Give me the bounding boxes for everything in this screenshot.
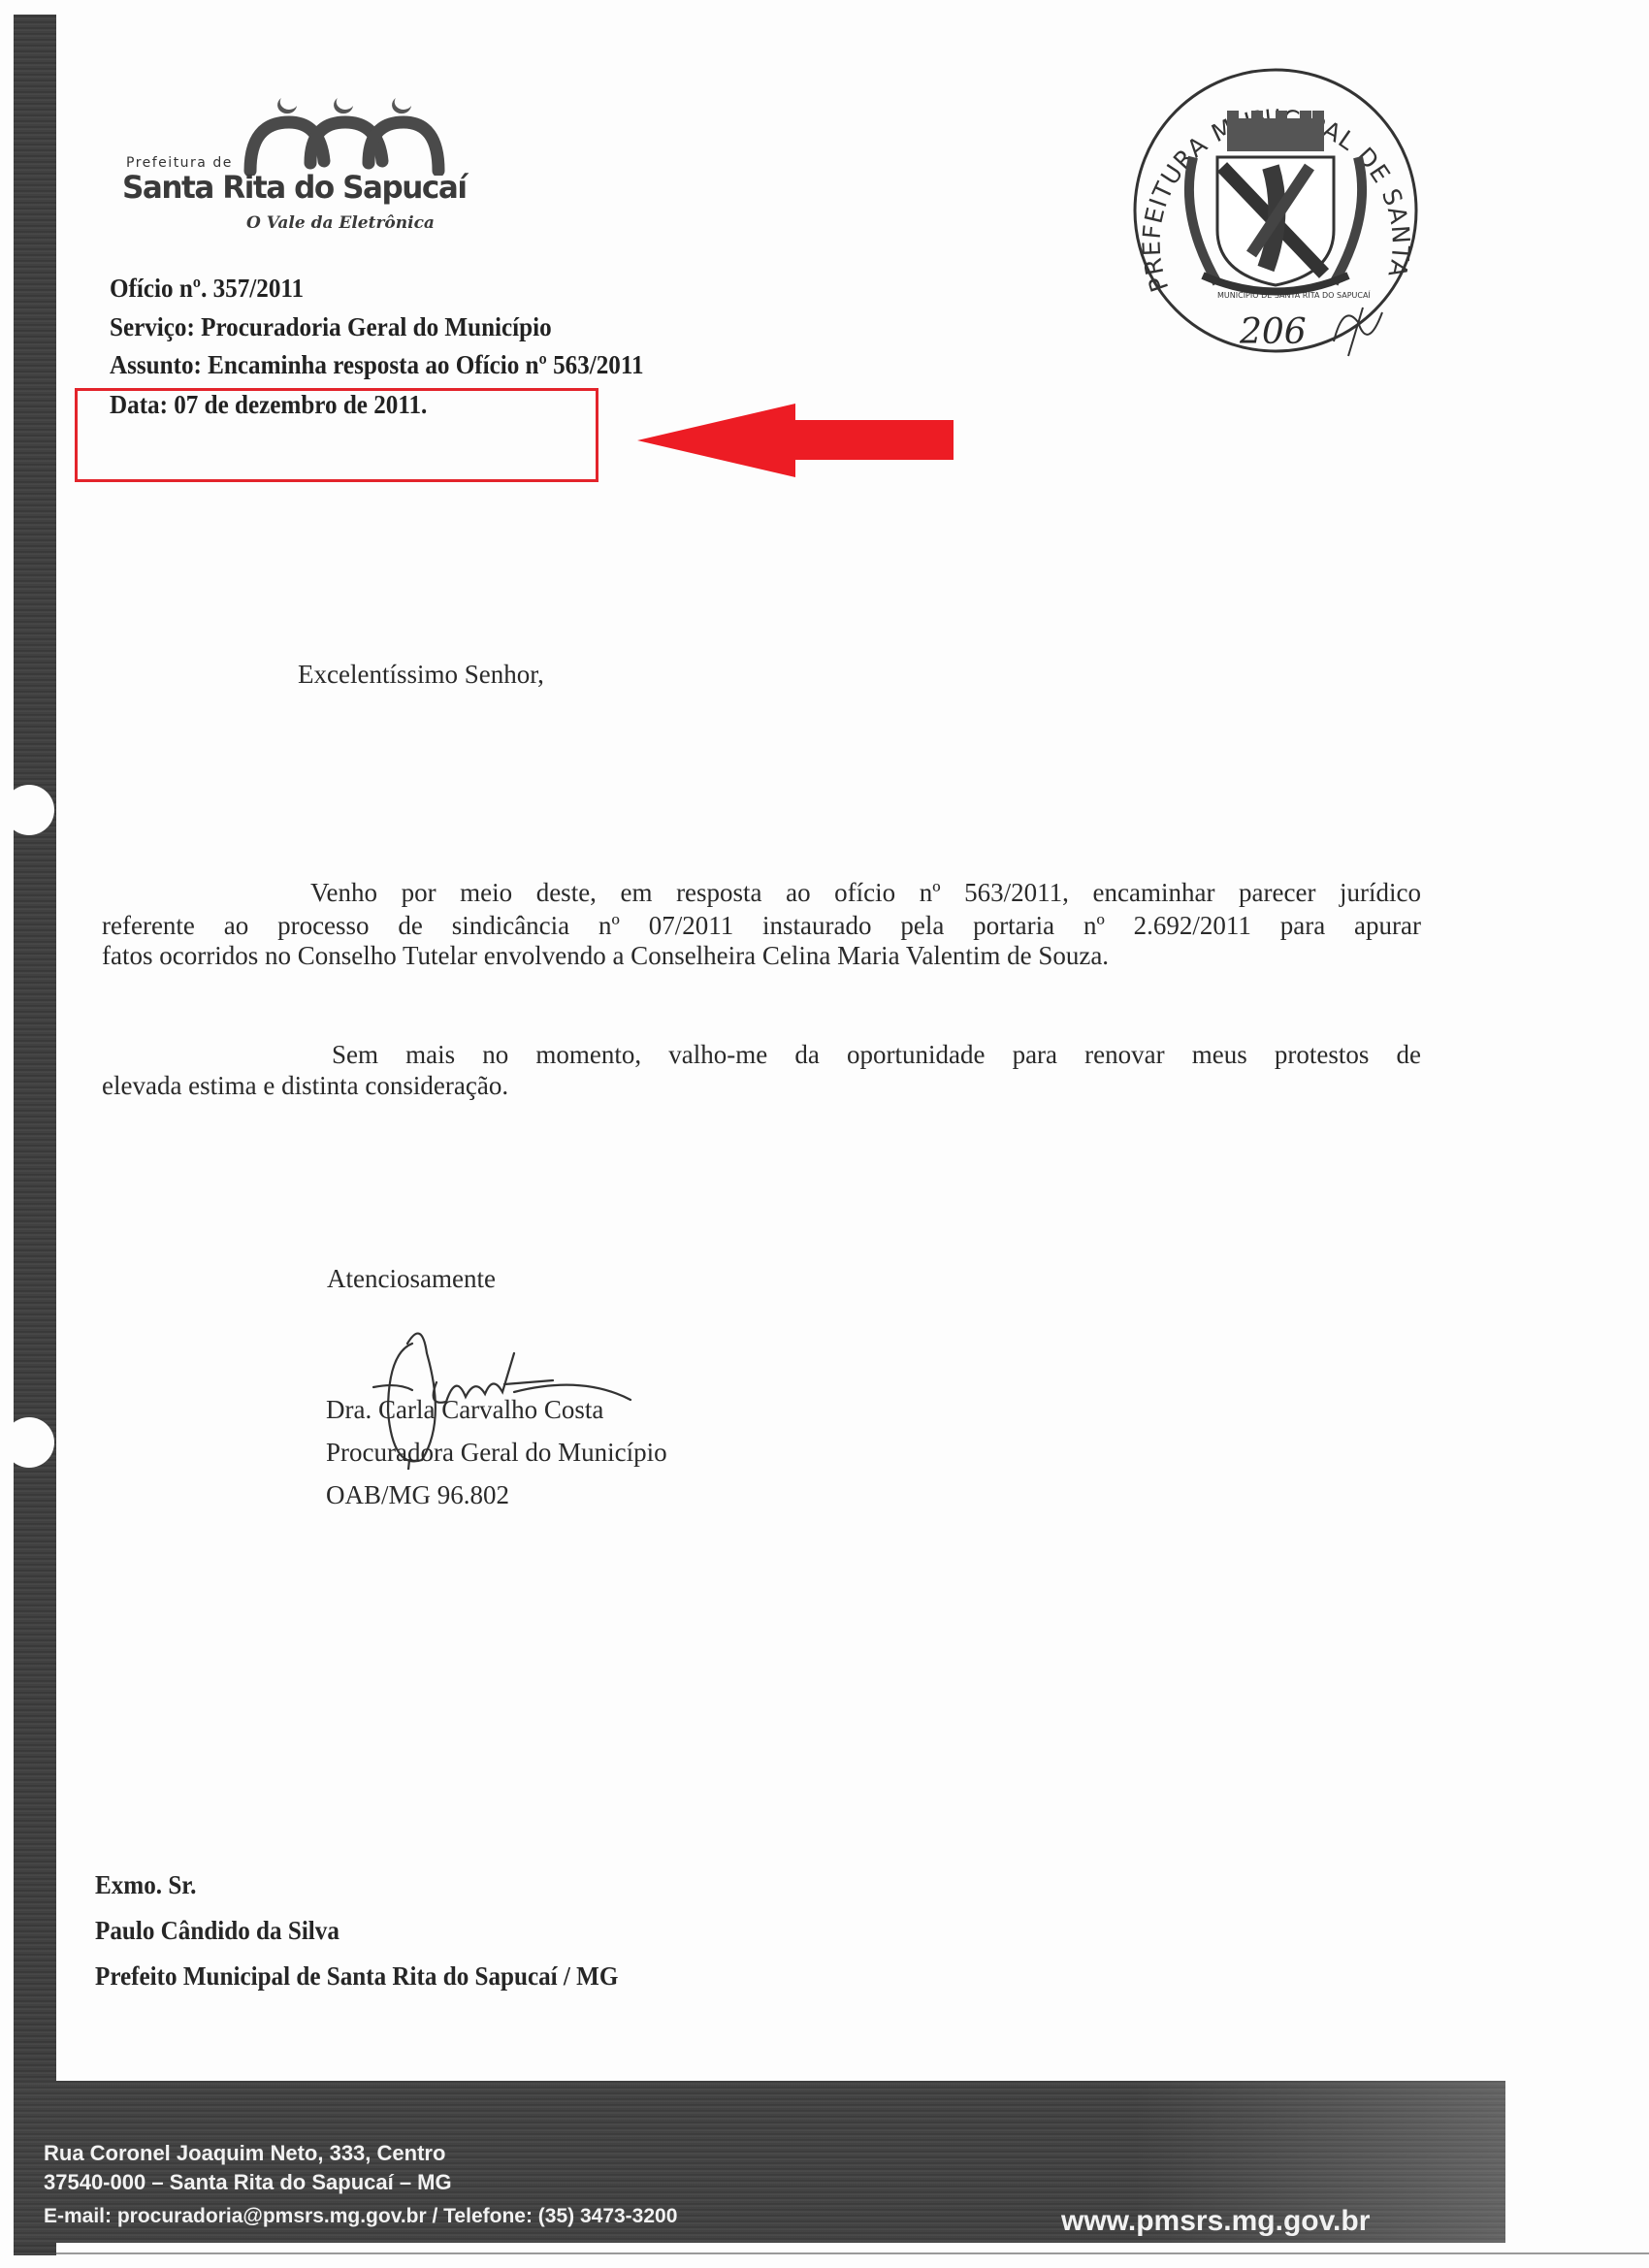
logo-city-name: Santa Rita do Sapucaí (122, 169, 467, 206)
scanned-letter-page: Prefeitura de Santa Rita do Sapucaí O Va… (0, 0, 1649, 2268)
body-paragraph-2-line: elevada estima e distinta consideração. (102, 1071, 1421, 1101)
salutation: Excelentíssimo Senhor, (298, 660, 544, 690)
signatory-registration: OAB/MG 96.802 (326, 1480, 509, 1510)
municipal-seal-stamp: PREFEITURA MUNICIPAL DE SANTA RITA DO SA… (1125, 60, 1426, 361)
body-paragraph-2-line: Sem mais no momento, valho-me da oportun… (102, 1040, 1421, 1070)
seal-inner-text: MUNICÍPIO DE SANTA RITA DO SAPUCAÍ (1217, 289, 1371, 300)
footer-website[interactable]: www.pmsrs.mg.gov.br (1061, 2205, 1370, 2238)
signatory-name: Dra. Carla Carvalho Costa (326, 1395, 603, 1425)
oficio-number: Ofício nº. 357/2011 (110, 274, 304, 304)
closing: Atenciosamente (327, 1264, 496, 1294)
service-line: Serviço: Procuradoria Geral do Município (110, 312, 552, 342)
footer-contact[interactable]: E-mail: procuradoria@pmsrs.mg.gov.br / T… (44, 2205, 677, 2228)
footer-address-line-1: Rua Coronel Joaquim Neto, 333, Centro (44, 2141, 445, 2166)
footer-address-line-2: 37540-000 – Santa Rita do Sapucaí – MG (44, 2170, 452, 2195)
municipality-logo: Prefeitura de Santa Rita do Sapucaí O Va… (122, 93, 452, 248)
punch-hole (4, 785, 54, 835)
signatory-role: Procuradora Geral do Município (326, 1438, 667, 1468)
body-paragraph-1-line: referente ao processo de sindicância nº … (102, 911, 1421, 941)
logo-tagline: O Vale da Eletrônica (246, 213, 435, 233)
recipient-position: Prefeito Municipal de Santa Rita do Sapu… (95, 1961, 618, 1992)
recipient-name: Paulo Cândido da Silva (95, 1916, 339, 1946)
body-paragraph-1-line: Venho por meio deste, em resposta ao ofí… (102, 878, 1421, 908)
date-highlight-box (75, 388, 598, 482)
footer-band: Rua Coronel Joaquim Neto, 333, Centro 37… (14, 2081, 1505, 2243)
recipient-title: Exmo. Sr. (95, 1870, 196, 1900)
subject-line: Assunto: Encaminha resposta ao Ofício nº… (110, 350, 644, 380)
punch-hole (4, 1417, 54, 1468)
bottom-edge-line (56, 2252, 1649, 2254)
people-arches-icon (242, 93, 446, 176)
red-arrow-icon (630, 398, 960, 485)
body-paragraph-1-line: fatos ocorridos no Conselho Tutelar envo… (102, 941, 1421, 971)
seal-handwritten-number: 206 (1239, 312, 1307, 352)
binding-strip (14, 15, 56, 2255)
